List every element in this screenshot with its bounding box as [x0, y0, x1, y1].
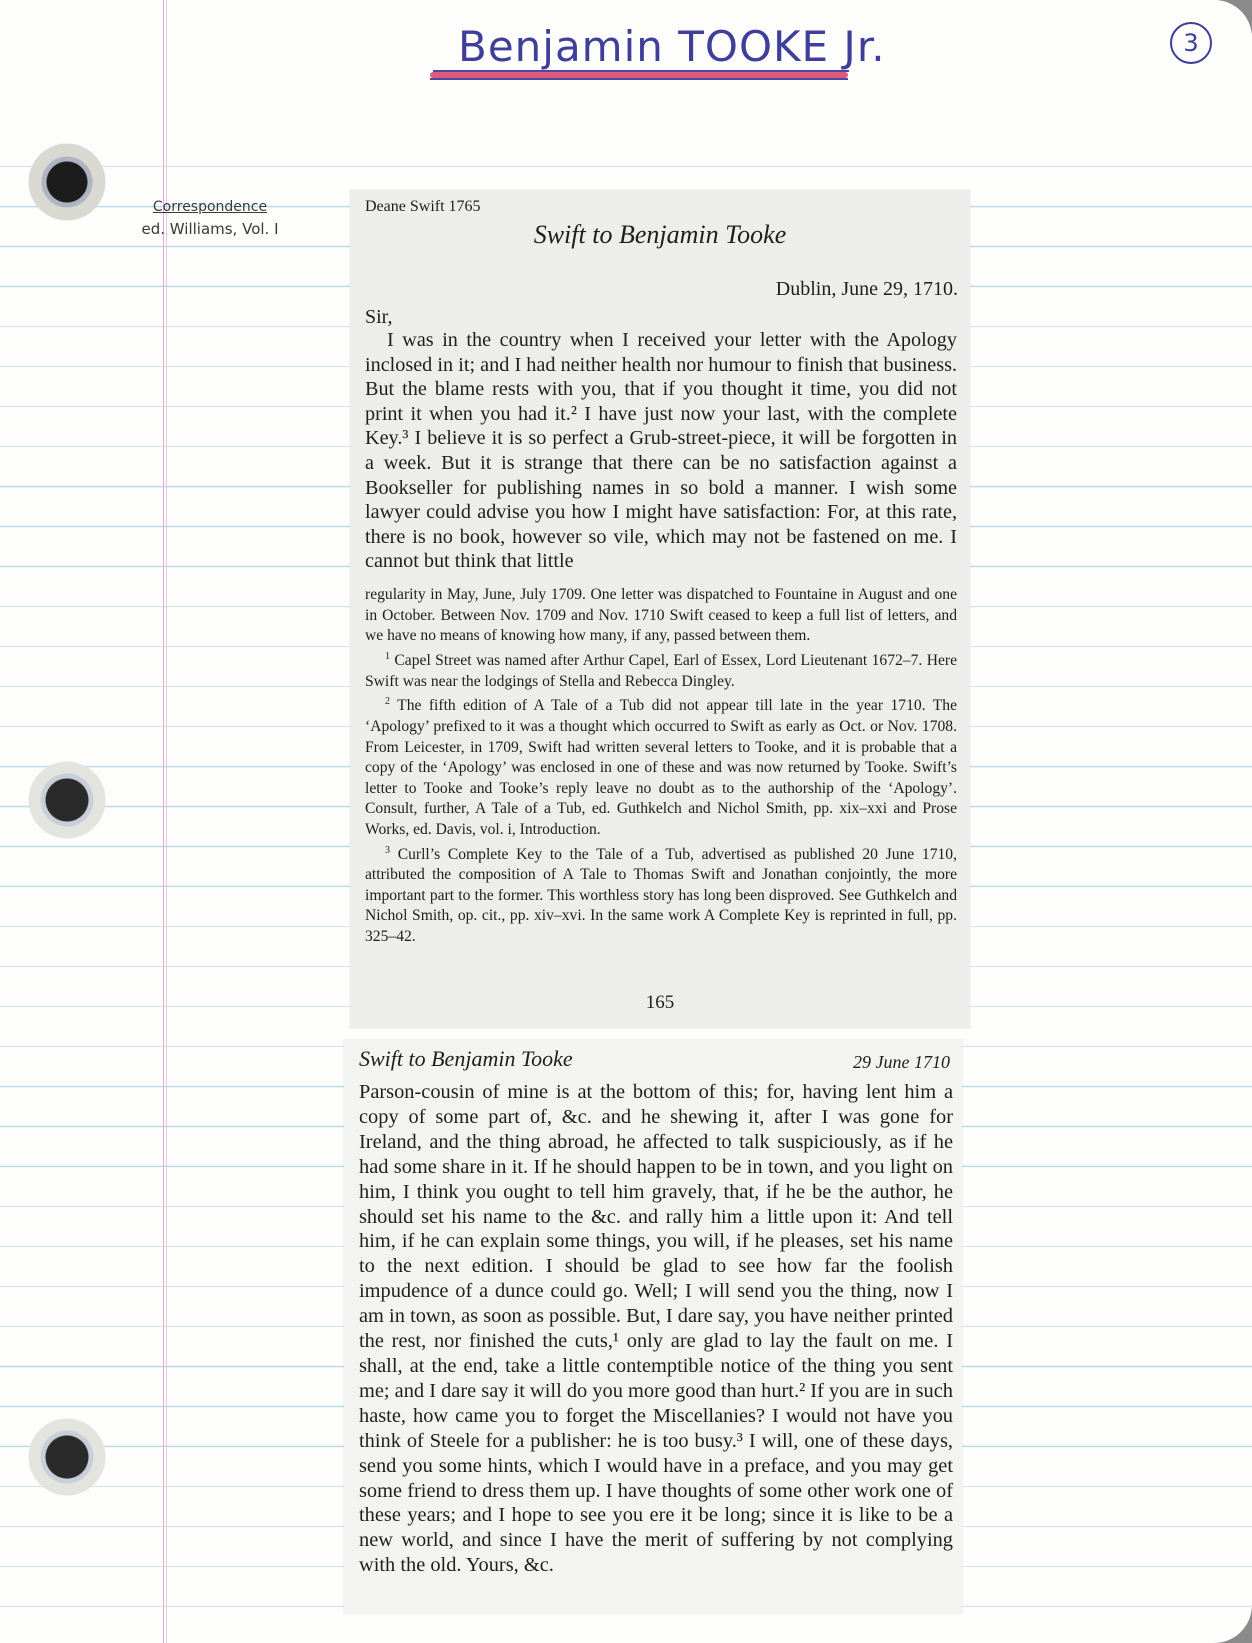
footnote-marker: 2 — [385, 696, 390, 707]
source-label: Deane Swift 1765 — [365, 198, 481, 216]
footnotes: regularity in May, June, July 1709. One … — [365, 585, 957, 948]
binder-hole-bottom — [28, 1418, 106, 1496]
footnote: 2 The fifth edition of A Tale of a Tub d… — [365, 692, 957, 840]
margin-line — [163, 0, 164, 1643]
footnote-continuation: regularity in May, June, July 1709. One … — [365, 585, 957, 647]
running-head-date: 29 June 1710 — [853, 1052, 950, 1073]
footnote: 1 Capel Street was named after Arthur Ca… — [365, 647, 957, 692]
notebook-page: Benjamin TOOKE Jr. 3 Correspondence ed. … — [0, 0, 1252, 1643]
footnote-text: The fifth edition of A Tale of a Tub did… — [365, 697, 957, 838]
letter-body-continued: Parson-cousin of mine is at the bottom o… — [359, 1080, 953, 1578]
footnote-marker: 1 — [385, 651, 390, 662]
clipping-second-page: Swift to Benjamin Tooke 29 June 1710 Par… — [344, 1040, 962, 1613]
printed-page-number: 165 — [350, 992, 970, 1014]
letter-dateline: Dublin, June 29, 1710. — [776, 278, 958, 301]
margin-line-secondary — [166, 0, 167, 1643]
running-head: Swift to Benjamin Tooke — [359, 1046, 573, 1072]
margin-note-edition: ed. Williams, Vol. I — [110, 218, 310, 240]
letter-salutation: Sir, — [365, 306, 393, 329]
footnote-text: Capel Street was named after Arthur Cape… — [365, 652, 957, 690]
handwritten-title: Benjamin TOOKE Jr. — [458, 22, 886, 71]
margin-note-source: Correspondence — [110, 196, 310, 218]
footnote-text: Curll’s Complete Key to the Tale of a Tu… — [365, 846, 957, 945]
letter-heading: Swift to Benjamin Tooke — [350, 220, 970, 250]
footnote: 3 Curll’s Complete Key to the Tale of a … — [365, 841, 957, 948]
title-underline-lower — [430, 78, 848, 80]
circled-page-number: 3 — [1170, 22, 1212, 64]
clipping-first-page: Deane Swift 1765 Swift to Benjamin Tooke… — [350, 190, 970, 1028]
margin-note: Correspondence ed. Williams, Vol. I — [110, 196, 310, 240]
letter-body: I was in the country when I received you… — [365, 328, 957, 574]
binder-hole-middle — [28, 761, 106, 839]
footnote-marker: 3 — [385, 845, 390, 856]
binder-hole-top — [28, 143, 106, 221]
